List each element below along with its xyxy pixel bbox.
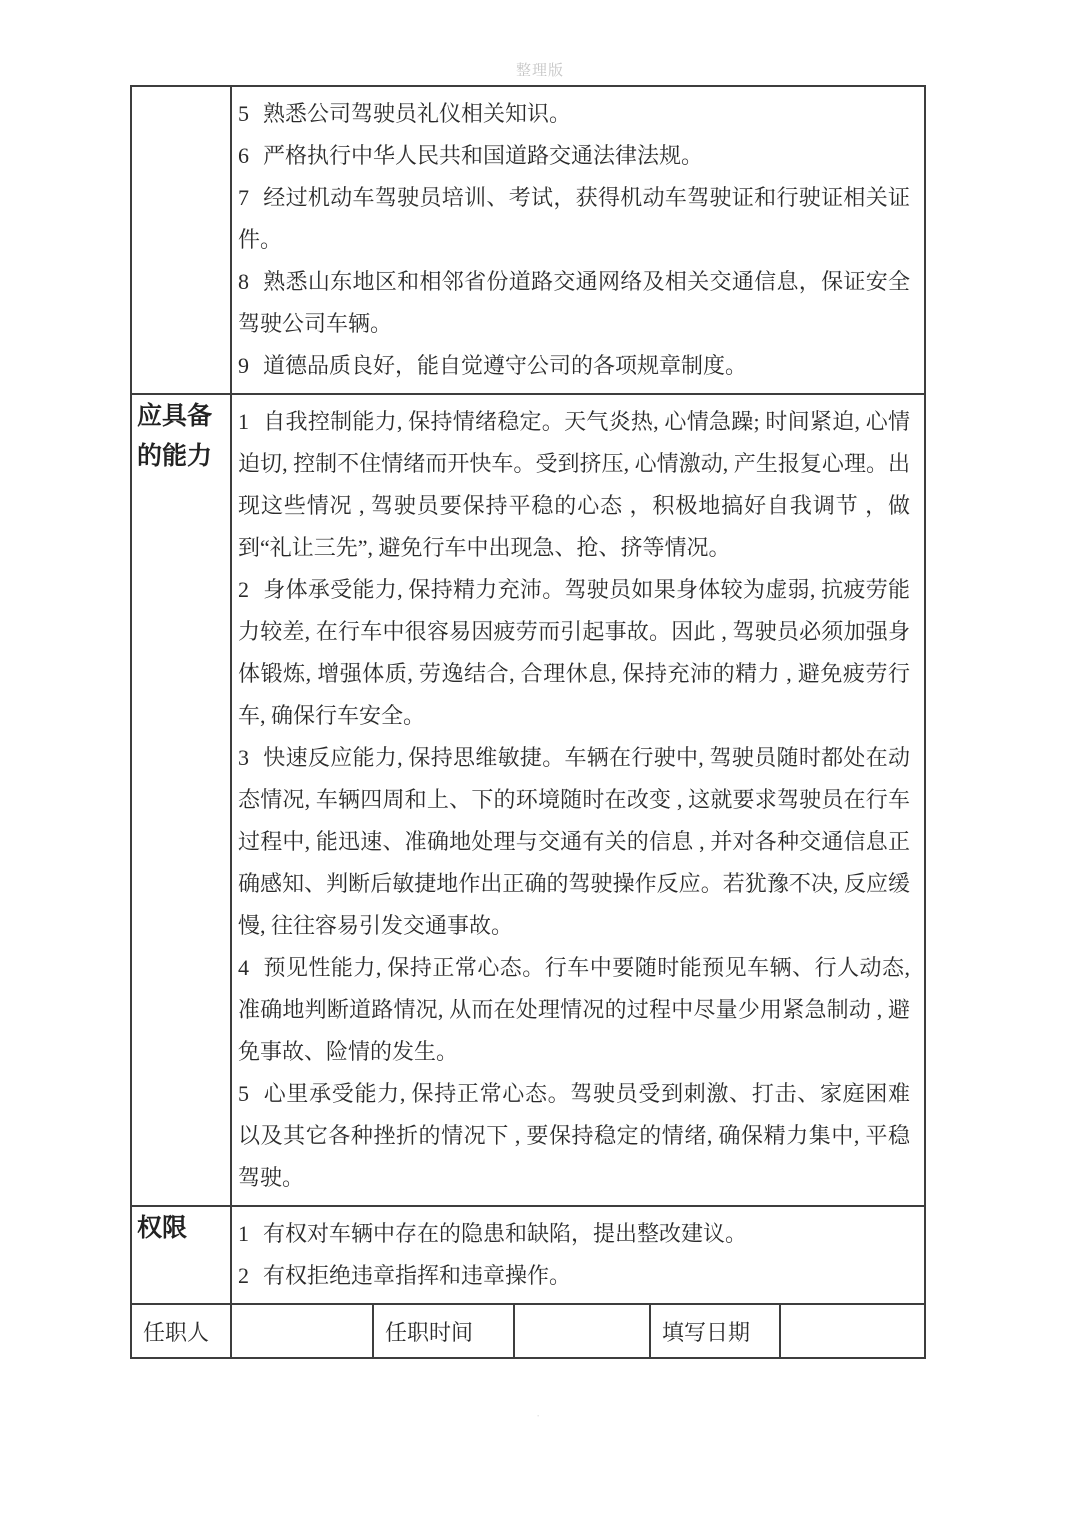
footer-value-fill-date bbox=[780, 1304, 925, 1358]
footer-label-fill-date: 填写日期 bbox=[650, 1304, 780, 1358]
list-item-text: 心里承受能力, 保持正常心态。驾驶员受到刺激、打击、家庭困难以及其它各种挫折的情… bbox=[238, 1081, 910, 1190]
footer-value-tenure-time bbox=[514, 1304, 650, 1358]
list-item-number: 8 bbox=[238, 261, 263, 303]
list-item-number: 5 bbox=[238, 1073, 263, 1115]
table-row-abilities: 应具备的能力 1自我控制能力, 保持情绪稳定。天气炎热, 心情急躁; 时间紧迫,… bbox=[131, 394, 925, 1206]
list-item-number: 2 bbox=[238, 1255, 263, 1297]
list-item-number: 1 bbox=[238, 401, 263, 443]
list-item-text: 严格执行中华人民共和国道路交通法律法规。 bbox=[263, 143, 703, 168]
list-item-number: 9 bbox=[238, 345, 263, 387]
list-item-text: 熟悉山东地区和相邻省份道路交通网络及相关交通信息，保证安全驾驶公司车辆。 bbox=[238, 269, 910, 336]
abilities-items-cell: 1自我控制能力, 保持情绪稳定。天气炎热, 心情急躁; 时间紧迫, 心情迫切, … bbox=[231, 394, 925, 1206]
table-row-authority: 权限 1有权对车辆中存在的隐患和缺陷，提出整改建议。2有权拒绝违章指挥和违章操作… bbox=[131, 1206, 925, 1304]
footer-label-tenure-time: 任职时间 bbox=[373, 1304, 514, 1358]
row-label-abilities: 应具备的能力 bbox=[131, 394, 231, 1206]
list-item-number: 6 bbox=[238, 135, 263, 177]
list-item: 2身体承受能力, 保持精力充沛。驾驶员如果身体较为虚弱, 抗疲劳能力较差, 在行… bbox=[238, 569, 910, 737]
list-item-text: 快速反应能力, 保持思维敏捷。车辆在行驶中, 驾驶员随时都处在动态情况, 车辆四… bbox=[238, 745, 910, 938]
list-item-number: 3 bbox=[238, 737, 263, 779]
list-item-text: 预见性能力, 保持正常心态。行车中要随时能预见车辆、行人动态, 准确地判断道路情… bbox=[238, 955, 910, 1064]
list-item: 2有权拒绝违章指挥和违章操作。 bbox=[238, 1255, 910, 1297]
list-item: 8熟悉山东地区和相邻省份道路交通网络及相关交通信息，保证安全驾驶公司车辆。 bbox=[238, 261, 910, 345]
list-item: 6严格执行中华人民共和国道路交通法律法规。 bbox=[238, 135, 910, 177]
list-item: 1有权对车辆中存在的隐患和缺陷，提出整改建议。 bbox=[238, 1213, 910, 1255]
list-item: 5熟悉公司驾驶员礼仪相关知识。 bbox=[238, 93, 910, 135]
table-row-requirements-continued: 5熟悉公司驾驶员礼仪相关知识。6严格执行中华人民共和国道路交通法律法规。7经过机… bbox=[131, 86, 925, 394]
list-item-text: 有权拒绝违章指挥和违章操作。 bbox=[263, 1263, 571, 1288]
list-item-number: 2 bbox=[238, 569, 263, 611]
scan-artifact-dot: · bbox=[536, 1408, 540, 1424]
list-item-number: 4 bbox=[238, 947, 263, 989]
watermark-text: 整理版 bbox=[0, 59, 1080, 80]
job-description-table: 5熟悉公司驾驶员礼仪相关知识。6严格执行中华人民共和国道路交通法律法规。7经过机… bbox=[130, 85, 926, 1359]
list-item-number: 7 bbox=[238, 177, 263, 219]
list-item: 7经过机动车驾驶员培训、考试，获得机动车驾驶证和行驶证相关证件。 bbox=[238, 177, 910, 261]
list-item-number: 5 bbox=[238, 93, 263, 135]
list-item: 1自我控制能力, 保持情绪稳定。天气炎热, 心情急躁; 时间紧迫, 心情迫切, … bbox=[238, 401, 910, 569]
footer-label-incumbent: 任职人 bbox=[131, 1304, 231, 1358]
authority-items-cell: 1有权对车辆中存在的隐患和缺陷，提出整改建议。2有权拒绝违章指挥和违章操作。 bbox=[231, 1206, 925, 1304]
table-row-footer: 任职人 任职时间 填写日期 bbox=[131, 1304, 925, 1358]
list-item-text: 经过机动车驾驶员培训、考试，获得机动车驾驶证和行驶证相关证件。 bbox=[238, 185, 910, 252]
list-item: 3快速反应能力, 保持思维敏捷。车辆在行驶中, 驾驶员随时都处在动态情况, 车辆… bbox=[238, 737, 910, 947]
list-item-text: 身体承受能力, 保持精力充沛。驾驶员如果身体较为虚弱, 抗疲劳能力较差, 在行车… bbox=[238, 577, 910, 728]
list-item-number: 1 bbox=[238, 1213, 263, 1255]
list-item-text: 有权对车辆中存在的隐患和缺陷，提出整改建议。 bbox=[263, 1221, 747, 1246]
footer-value-incumbent bbox=[231, 1304, 373, 1358]
requirements-items-cell: 5熟悉公司驾驶员礼仪相关知识。6严格执行中华人民共和国道路交通法律法规。7经过机… bbox=[231, 86, 925, 394]
row-label-cell-empty bbox=[131, 86, 231, 394]
list-item: 5心里承受能力, 保持正常心态。驾驶员受到刺激、打击、家庭困难以及其它各种挫折的… bbox=[238, 1073, 910, 1199]
row-label-authority: 权限 bbox=[131, 1206, 231, 1304]
list-item: 9道德品质良好，能自觉遵守公司的各项规章制度。 bbox=[238, 345, 910, 387]
list-item-text: 自我控制能力, 保持情绪稳定。天气炎热, 心情急躁; 时间紧迫, 心情迫切, 控… bbox=[238, 409, 910, 560]
list-item: 4预见性能力, 保持正常心态。行车中要随时能预见车辆、行人动态, 准确地判断道路… bbox=[238, 947, 910, 1073]
list-item-text: 道德品质良好，能自觉遵守公司的各项规章制度。 bbox=[263, 353, 747, 378]
list-item-text: 熟悉公司驾驶员礼仪相关知识。 bbox=[263, 101, 571, 126]
